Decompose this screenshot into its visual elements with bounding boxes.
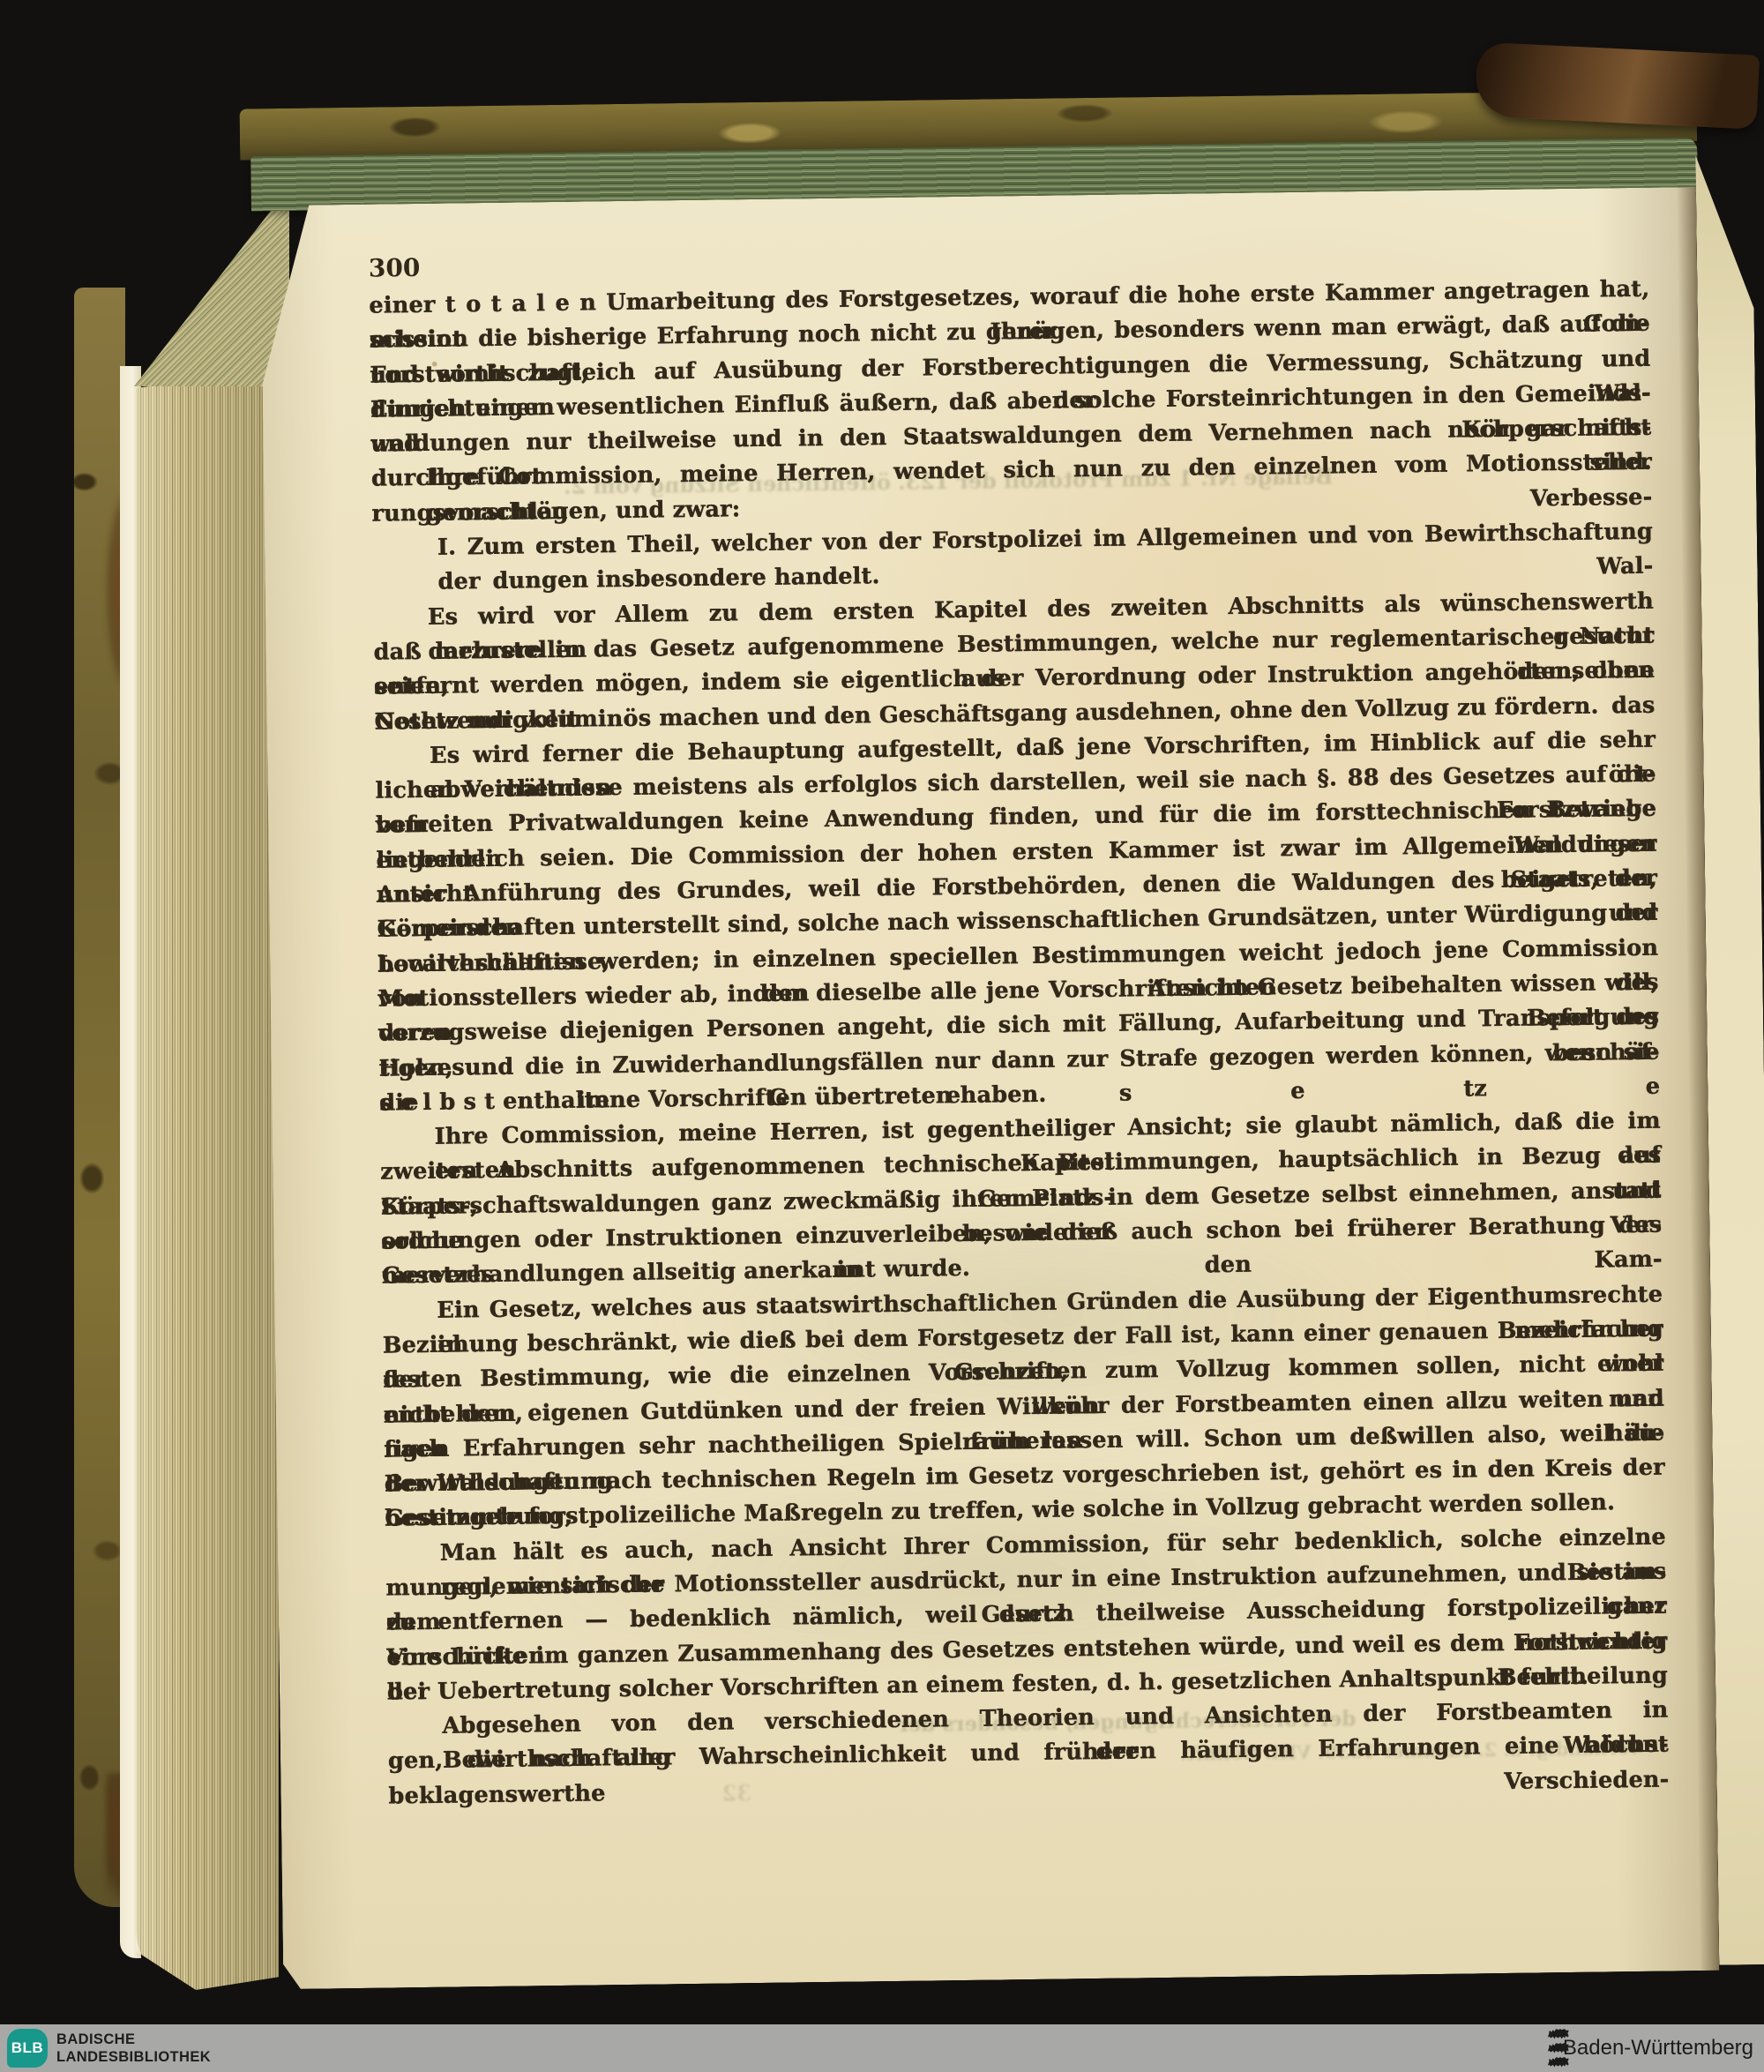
scan-stage: Beilage Nr. 1 zum Protokoll der 123. öff… bbox=[0, 0, 1764, 2072]
page-number: 300 bbox=[369, 253, 421, 283]
blb-logo-text: BLB bbox=[11, 2039, 43, 2057]
library-name: BADISCHE LANDESBIBLIOTHEK bbox=[56, 2031, 211, 2066]
book-spread: Beilage Nr. 1 zum Protokoll der 123. öff… bbox=[0, 0, 1764, 2072]
blb-logo: BLB bbox=[7, 2029, 48, 2068]
text-lines: einer t o t a l e n Umarbeitung des Fors… bbox=[369, 273, 1669, 1780]
state-name: Baden-Württemberg bbox=[1563, 2036, 1753, 2061]
library-footer-bar: BLB BADISCHE LANDESBIBLIOTHEK Baden-Würt… bbox=[0, 2024, 1764, 2072]
leather-spine-band bbox=[1474, 42, 1760, 130]
book-page: Beilage Nr. 1 zum Protokoll der 123. öff… bbox=[260, 187, 1719, 1989]
library-name-line2: LANDESBIBLIOTHEK bbox=[56, 2048, 211, 2066]
library-name-line1: BADISCHE bbox=[56, 2031, 211, 2048]
